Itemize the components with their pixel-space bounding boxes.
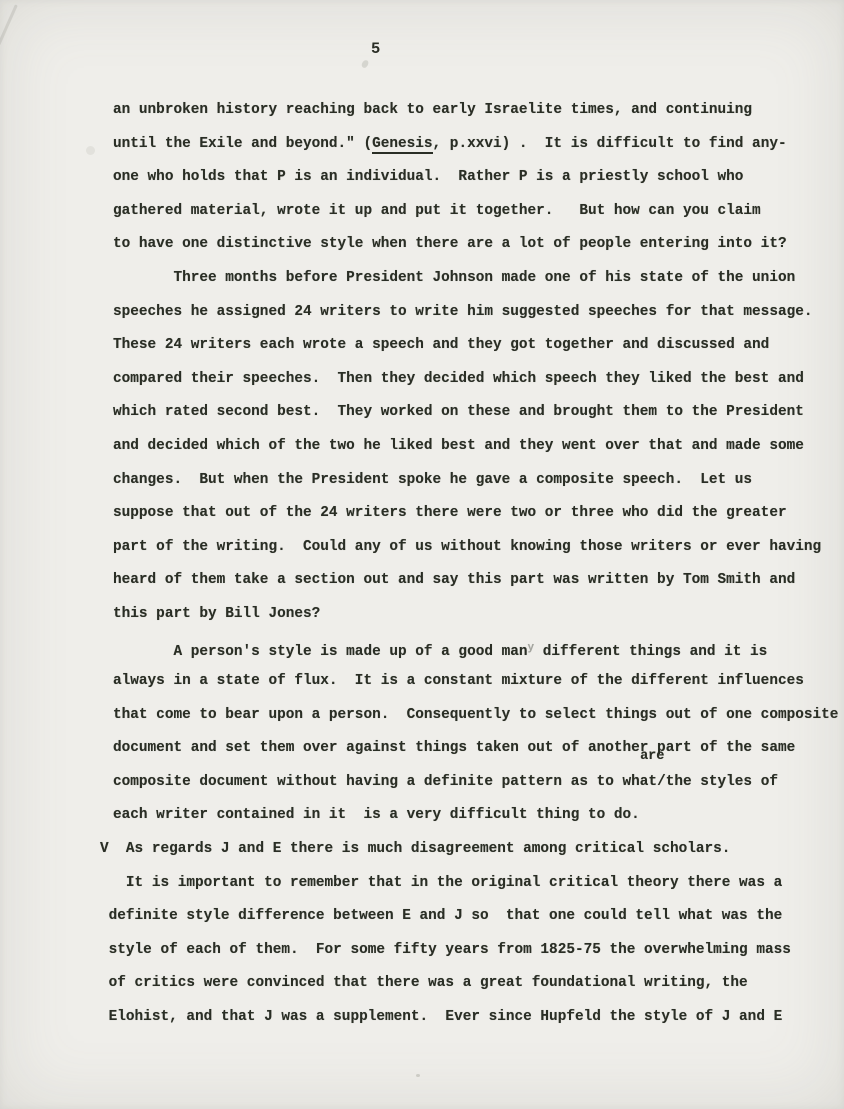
line-post-text: the styles of [666,774,778,790]
text-line: changes. But when the President spoke he… [113,464,844,498]
page-number: 5 [371,40,380,58]
text-line: suppose that out of the 24 writers there… [113,497,844,531]
insertion-slash: / [657,774,666,790]
insertion-point: are/ [657,766,666,800]
text-line: one who holds that P is an individual. R… [113,161,844,195]
text-line: gathered material, wrote it up and put i… [113,195,844,229]
text-line: and decided which of the two he liked be… [113,430,844,464]
text-line: style of each of them. For some fifty ye… [100,934,844,968]
text-line: each writer contained in it is a very di… [113,799,844,833]
faint-halfstruck-letter: y [528,642,535,654]
inserted-word-above-line: are [640,750,664,764]
text-line: an unbroken history reaching back to ear… [113,94,844,128]
line-post-text: , p.xxvi) . It is difficult to find any- [433,136,787,152]
text-line: Three months before President Johnson ma… [113,262,844,296]
text-line: These 24 writers each wrote a speech and… [113,329,844,363]
typewritten-text-column: an unbroken history reaching back to ear… [113,94,844,1035]
line-post-text: different things and it is [534,644,767,660]
text-line-with-margin-letter: V As regards J and E there is much disag… [100,833,844,867]
text-line: document and set them over against thing… [113,732,844,766]
underlined-citation: Genesis [372,136,432,154]
scan-smudge-left-margin [86,146,95,155]
text-line-with-insertion: composite document without having a defi… [113,766,844,800]
text-line: heard of them take a section out and say… [113,564,844,598]
scan-smudge-under-page-number [361,59,369,68]
text-line: It is important to remember that in the … [100,867,844,901]
text-line: which rated second best. They worked on … [113,396,844,430]
line-pre-text: A person's style is made up of a good ma… [113,644,528,660]
line-pre-text: composite document without having a defi… [113,774,657,790]
text-line: speeches he assigned 24 writers to write… [113,296,844,330]
text-line: definite style difference between E and … [100,900,844,934]
text-line: compared their speeches. Then they decid… [113,363,844,397]
text-line: of critics were convinced that there was… [100,967,844,1001]
line-pre-text: until the Exile and beyond." ( [113,136,372,152]
text-line: Elohist, and that J was a supplement. Ev… [100,1001,844,1035]
text-line-with-faint-strike: A person's style is made up of a good ma… [113,632,844,666]
text-line: part of the writing. Could any of us wit… [113,531,844,565]
document-page: 5 an unbroken history reaching back to e… [0,0,844,1109]
text-line-with-citation: until the Exile and beyond." (Genesis, p… [113,128,844,162]
text-line: that come to bear upon a person. Consequ… [113,699,844,733]
text-line: to have one distinctive style when there… [113,228,844,262]
scan-speck-bottom [416,1074,420,1077]
text-line: this part by Bill Jones? [113,598,844,632]
text-line: always in a state of flux. It is a const… [113,665,844,699]
scan-smudge-corner [0,4,18,45]
